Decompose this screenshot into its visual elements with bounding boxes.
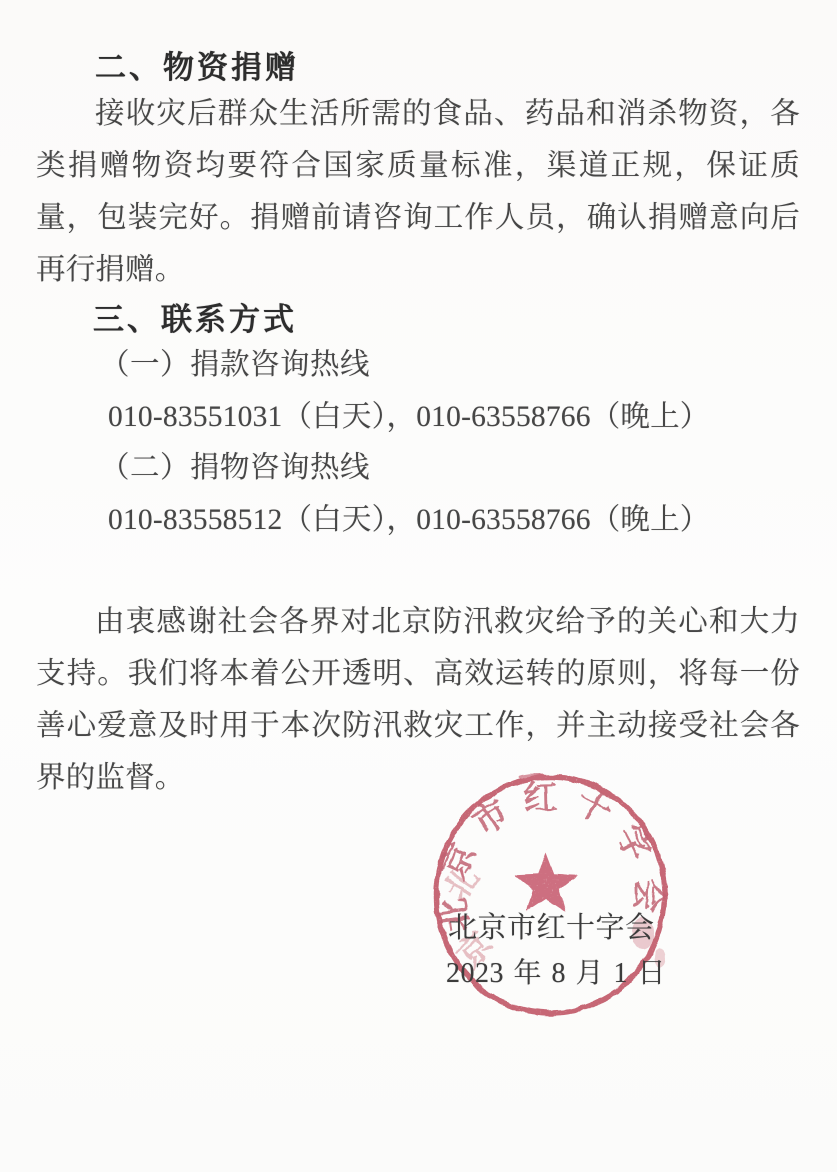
contact-item-label: （二）捐物咨询热线 [100, 443, 810, 495]
contact-item-value: 010-83551031（白天），010-63558766（晚上） [100, 392, 810, 444]
contact-item-value: 010-83558512（白天），010-63558766（晚上） [100, 495, 810, 547]
star-icon [515, 852, 578, 912]
section-2-paragraph: 接收灾后群众生活所需的食品、药品和消杀物资，各类捐赠物资均要符合国家质量标准，渠… [36, 88, 800, 296]
signature-date: 2023 年 8 月 1 日 [446, 951, 666, 991]
signature-organization: 北京市红十字会 [448, 905, 655, 946]
contact-list: （一）捐款咨询热线 010-83551031（白天），010-63558766（… [100, 340, 810, 546]
section-2-heading: 二、物资捐赠 [95, 42, 299, 87]
closing-paragraph: 由衷感谢社会各界对北京防汛救灾给予的关心和大力支持。我们将本着公开透明、高效运转… [36, 596, 800, 804]
document-page: 二、物资捐赠 接收灾后群众生活所需的食品、药品和消杀物资，各类捐赠物资均要符合国… [0, 0, 837, 1172]
contact-item-label: （一）捐款咨询热线 [100, 340, 810, 392]
section-3-heading: 三、联系方式 [93, 294, 297, 339]
